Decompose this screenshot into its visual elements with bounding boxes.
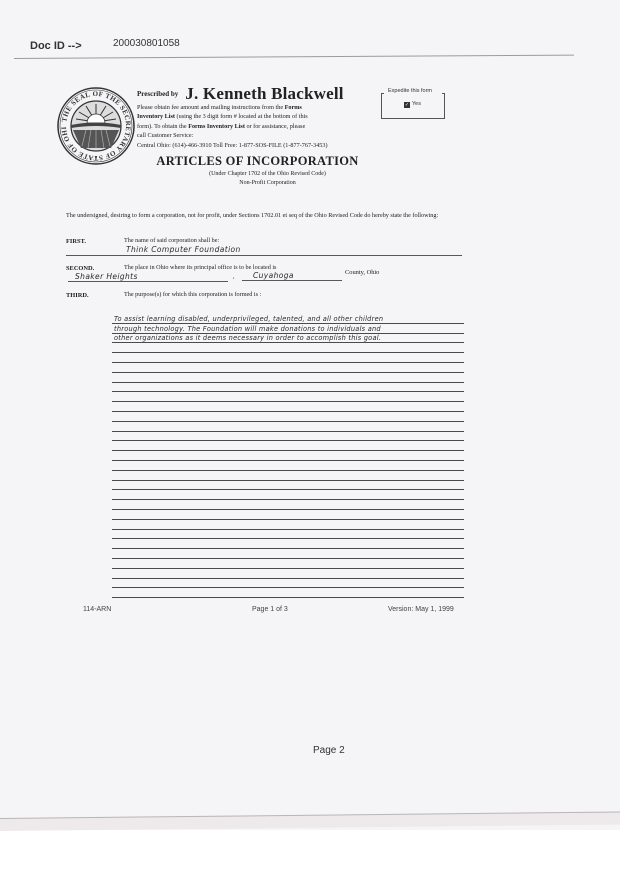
expedite-box: Expedite this form ✓ Yes [381, 93, 445, 119]
purpose-line[interactable] [112, 353, 464, 363]
box-corner [381, 93, 384, 94]
instr-bold: Inventory List [137, 113, 175, 120]
purpose-line[interactable] [112, 402, 464, 412]
purpose-line[interactable] [112, 461, 464, 471]
form-title: ARTICLES OF INCORPORATION [0, 154, 515, 169]
instr-text: Please obtain fee amount and mailing ins… [137, 104, 285, 111]
first-prompt: The name of said corporation shall be: [124, 237, 219, 244]
purpose-line[interactable] [112, 579, 464, 589]
city-value[interactable]: Shaker Heights [75, 272, 138, 281]
county-suffix: County, Ohio [345, 269, 379, 276]
purpose-line[interactable] [112, 343, 464, 353]
box-corner [442, 93, 445, 94]
contact-phones: Central Ohio: (614)-466-3910 Toll Free: … [137, 141, 367, 150]
purpose-line[interactable] [112, 481, 464, 491]
purpose-line[interactable]: To assist learning disabled, underprivil… [112, 314, 464, 324]
first-label: FIRST. [66, 238, 86, 245]
purpose-line[interactable]: other organizations as it deems necessar… [112, 334, 464, 344]
purpose-line[interactable] [112, 392, 464, 402]
instr-text: or for assistance, please [245, 123, 305, 130]
intro-paragraph: The undersigned, desiring to form a corp… [66, 211, 466, 220]
expedite-yes-label: Yes [412, 101, 421, 107]
purpose-line[interactable] [112, 510, 464, 520]
purpose-line[interactable]: through technology. The Foundation will … [112, 324, 464, 334]
purpose-line[interactable] [112, 373, 464, 383]
purpose-line[interactable] [112, 451, 464, 461]
purpose-line[interactable] [112, 471, 464, 481]
instructions-text: Please obtain fee amount and mailing ins… [137, 103, 367, 150]
form-page-indicator: Page 1 of 3 [252, 606, 288, 613]
instr-text: form). To obtain the [137, 123, 188, 130]
corporation-name-value[interactable]: Think Computer Foundation [126, 245, 241, 254]
purpose-line[interactable] [112, 588, 464, 598]
purpose-line[interactable] [112, 441, 464, 451]
third-prompt: The purpose(s) for which this corporatio… [124, 291, 261, 298]
instr-text: call Customer Service: [137, 131, 367, 140]
second-prompt: The place in Ohio where its principal of… [124, 264, 276, 271]
instr-bold: Forms Inventory List [188, 123, 245, 130]
form-type: Non-Profit Corporation [0, 180, 535, 186]
city-county-separator: , [233, 273, 235, 280]
expedite-label: Expedite this form [386, 88, 434, 94]
purpose-line[interactable] [112, 500, 464, 510]
purpose-lines[interactable]: To assist learning disabled, underprivil… [112, 314, 464, 598]
second-label: SECOND. [66, 265, 94, 272]
purpose-line[interactable] [112, 422, 464, 432]
purpose-line[interactable] [112, 490, 464, 500]
instr-text: (using the 3 digit form # located at the… [175, 113, 308, 120]
form-version: Version: May 1, 1999 [388, 606, 454, 613]
purpose-line[interactable] [112, 559, 464, 569]
official-name: J. Kenneth Blackwell [185, 84, 343, 103]
form-scan: THE SEAL OF THE SECRETARY OF STATE OF OH… [0, 0, 620, 877]
purpose-line[interactable] [112, 432, 464, 442]
purpose-line[interactable] [112, 520, 464, 530]
purpose-line[interactable] [112, 383, 464, 393]
purpose-line-text: To assist learning disabled, underprivil… [114, 315, 383, 323]
prescribed-by-label: Prescribed by [137, 90, 178, 98]
third-label: THIRD. [66, 292, 89, 299]
purpose-line-text: through technology. The Foundation will … [114, 325, 381, 333]
form-number: 114-ARN [83, 606, 111, 613]
purpose-line[interactable] [112, 530, 464, 540]
expedite-checkbox[interactable]: ✓ [404, 102, 410, 108]
city-underline [68, 281, 228, 282]
first-underline [66, 255, 462, 256]
county-underline [242, 280, 342, 281]
purpose-line[interactable] [112, 549, 464, 559]
county-value[interactable]: Cuyahoga [253, 271, 294, 280]
purpose-line[interactable] [112, 539, 464, 549]
instr-bold: Forms [285, 104, 302, 111]
purpose-line[interactable] [112, 569, 464, 579]
prescribed-by: Prescribed by J. Kenneth Blackwell [137, 84, 344, 104]
purpose-line[interactable] [112, 412, 464, 422]
form-subtitle: (Under Chapter 1702 of the Ohio Revised … [0, 171, 535, 177]
purpose-line-text: other organizations as it deems necessar… [114, 334, 381, 342]
purpose-line[interactable] [112, 363, 464, 373]
page-number: Page 2 [313, 745, 345, 756]
